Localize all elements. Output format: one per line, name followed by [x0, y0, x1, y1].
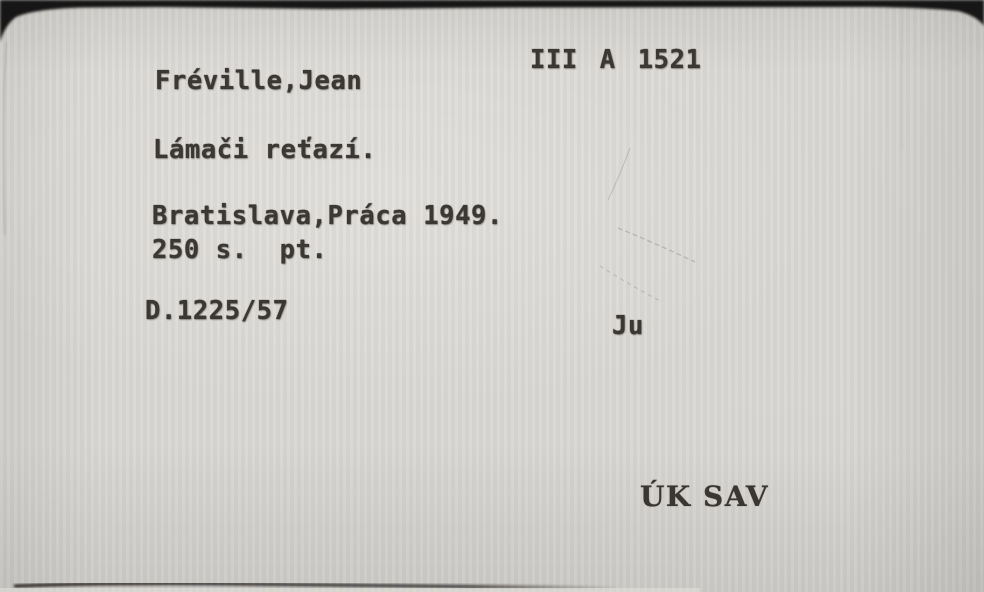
call-number: III A 1521 [530, 46, 702, 74]
author-line: Fréville,Jean [155, 67, 362, 95]
cataloguer-initials: Ju [612, 312, 644, 340]
imprint-line: Bratislava,Práca 1949. [152, 202, 503, 230]
collation-line: 250 s. pt. [152, 236, 327, 264]
library-stamp: ÚK SAV [640, 480, 769, 513]
catalog-card-scan: III A 1521 Fréville,Jean Lámači reťazí. … [0, 0, 984, 592]
title-line: Lámači reťazí. [153, 136, 376, 164]
accession-number: D.1225/57 [145, 297, 289, 325]
